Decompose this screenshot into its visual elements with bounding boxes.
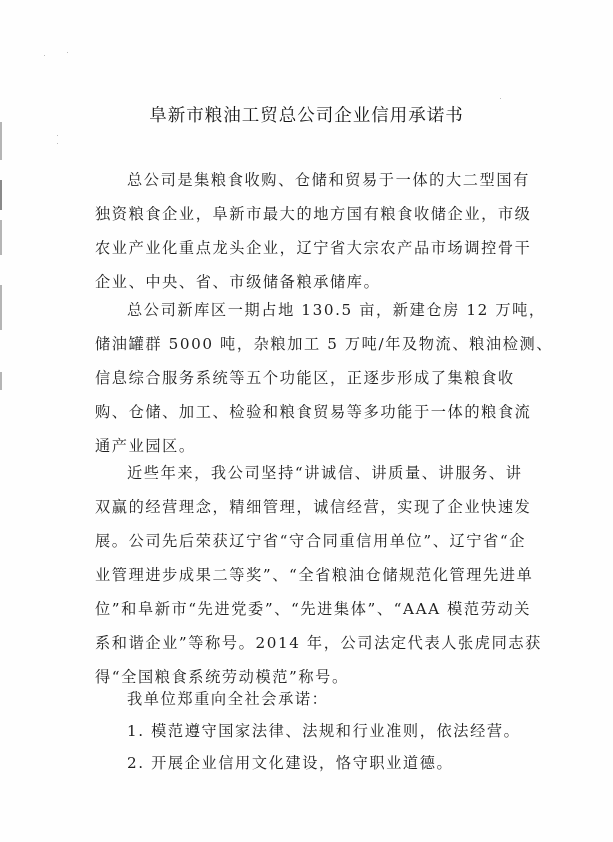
scan-speck bbox=[57, 143, 58, 144]
text-line: 业管理进步成果二等奖”、“全省粮油仓储规范化管理先进单 bbox=[95, 558, 525, 592]
scan-edge-artifact bbox=[0, 285, 2, 330]
text-line: 独资粮食企业，阜新市最大的地方国有粮食收储企业，市级 bbox=[95, 197, 525, 231]
text-line: 2. 开展企业信用文化建设，恪守职业道德。 bbox=[95, 746, 525, 780]
scan-speck bbox=[67, 52, 68, 53]
scan-edge-artifact bbox=[0, 122, 2, 160]
text-line: 位”和阜新市“先进党委”、“先进集体”、“AAA 模范劳动关 bbox=[95, 592, 525, 626]
text-line: 总公司新库区一期占地 130.5 亩，新建仓房 12 万吨， bbox=[95, 293, 525, 327]
commitment-item-1: 1. 模范遵守国家法律、法规和行业准则，依法经营。 bbox=[95, 714, 525, 748]
text-line: 农业产业化重点龙头企业，辽宁省大宗农产品市场调控骨干 bbox=[95, 231, 525, 265]
text-line: 购、仓储、加工、检验和粮食贸易等多功能于一体的粮食流 bbox=[95, 395, 525, 429]
text-line: 总公司是集粮食收购、仓储和贸易于一体的大二型国有 bbox=[95, 163, 525, 197]
document-title: 阜新市粮油工贸总公司企业信用承诺书 bbox=[0, 102, 613, 127]
scan-edge-artifact bbox=[0, 372, 2, 384]
scan-edge-artifact bbox=[0, 180, 2, 210]
paragraph-company-intro: 总公司是集粮食收购、仓储和贸易于一体的大二型国有 独资粮食企业，阜新市最大的地方… bbox=[95, 163, 525, 299]
text-line: 系和谐企业”等称号。2014 年，公司法定代表人张虎同志获 bbox=[95, 626, 525, 660]
text-line: 储油罐群 5000 吨，杂粮加工 5 万吨/年及物流、粮油检测、 bbox=[95, 327, 525, 361]
text-line: 我单位郑重向全社会承诺： bbox=[95, 682, 525, 716]
text-line: 近些年来，我公司坚持“讲诚信、讲质量、讲服务、讲 bbox=[95, 456, 525, 490]
text-line: 信息综合服务系统等五个功能区，正逐步形成了集粮食收 bbox=[95, 361, 525, 395]
scan-speck bbox=[44, 55, 45, 56]
document-page: 阜新市粮油工贸总公司企业信用承诺书 总公司是集粮食收购、仓储和贸易于一体的大二型… bbox=[0, 0, 613, 842]
scan-speck bbox=[57, 135, 58, 136]
scan-edge-artifact bbox=[0, 220, 2, 255]
paragraph-commitment-intro: 我单位郑重向全社会承诺： bbox=[95, 682, 525, 716]
commitment-item-2: 2. 开展企业信用文化建设，恪守职业道德。 bbox=[95, 746, 525, 780]
text-line: 双赢的经营理念，精细管理，诚信经营，实现了企业快速发 bbox=[95, 490, 525, 524]
scan-speck bbox=[500, 98, 501, 99]
paragraph-new-storage-area: 总公司新库区一期占地 130.5 亩，新建仓房 12 万吨， 储油罐群 5000… bbox=[95, 293, 525, 463]
text-line: 1. 模范遵守国家法律、法规和行业准则，依法经营。 bbox=[95, 714, 525, 748]
text-line: 展。公司先后荣获辽宁省“守合同重信用单位”、辽宁省“企 bbox=[95, 524, 525, 558]
paragraph-honors: 近些年来，我公司坚持“讲诚信、讲质量、讲服务、讲 双赢的经营理念，精细管理，诚信… bbox=[95, 456, 525, 694]
